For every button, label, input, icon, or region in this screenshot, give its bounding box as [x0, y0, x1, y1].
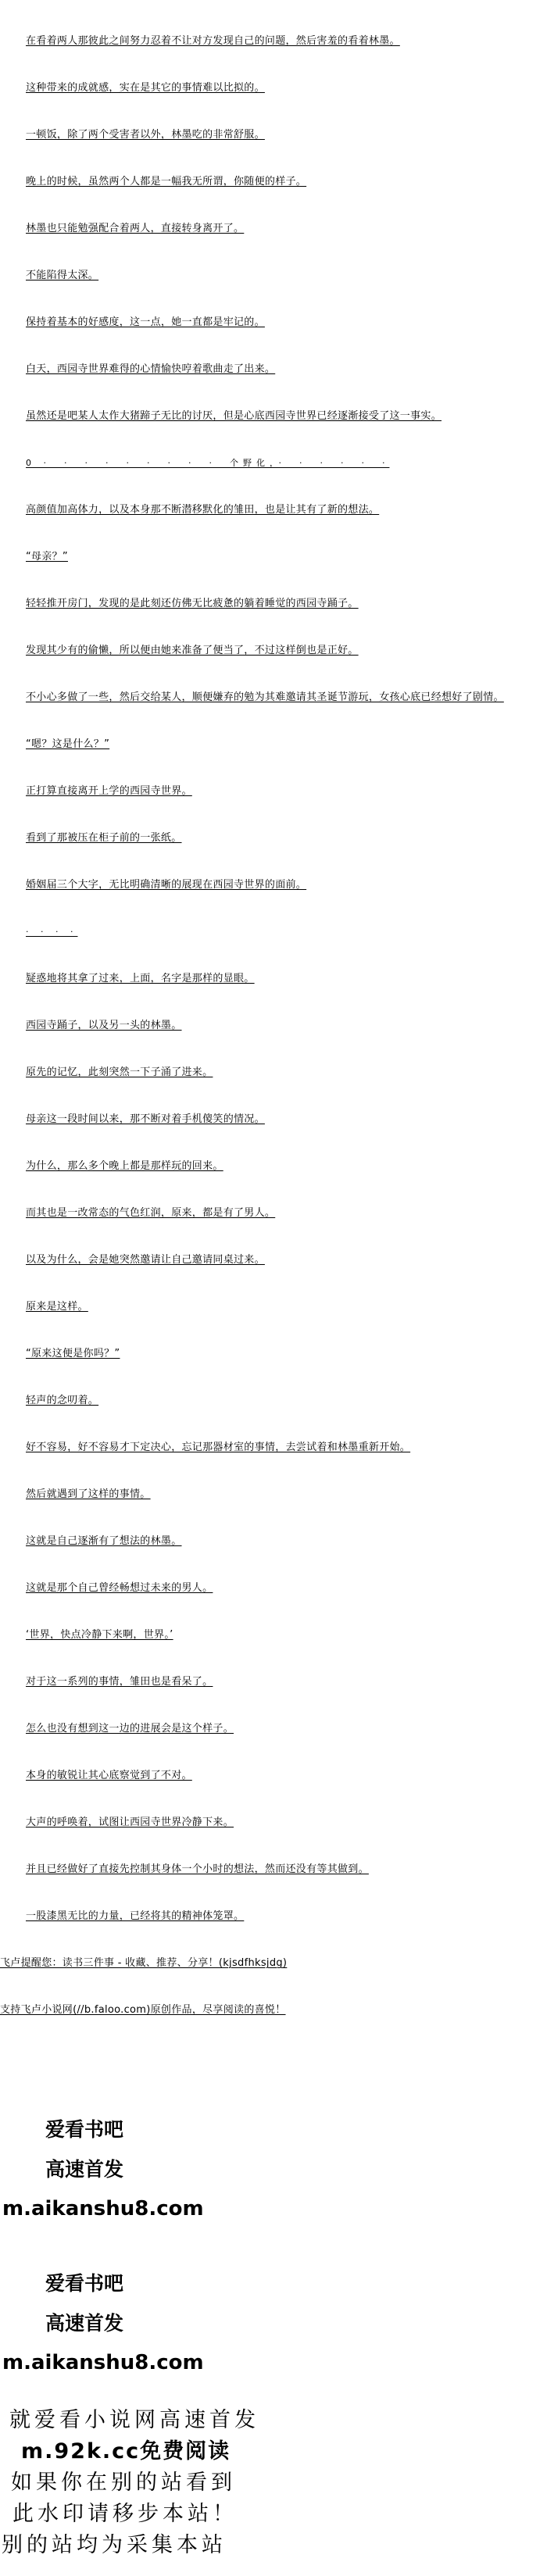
footer-note-support: 支持飞卢小说网(//b.faloo.com)原创作品，尽享阅读的喜悦！: [0, 1999, 547, 2021]
paragraph: 高颜值加高体力，以及本身那不断潜移默化的雏田，也是让其有了新的想法。: [0, 498, 547, 521]
paragraph: 母亲这一段时间以来，那不断对着手机傻笑的情况。: [0, 1108, 547, 1131]
chapter-body: 在看着两人那彼此之间努力忍着不让对方发现自己的问题，然后害羞的看着林墨。 这种带…: [0, 30, 547, 2045]
notice-line: m.92k.cc免费阅读: [0, 2436, 547, 2467]
watermark-tagline: 高速首发: [0, 2149, 547, 2189]
notice-line: 此水印请移步本站！: [0, 2499, 547, 2530]
paragraph: 大声的呼唤着，试图让西园寺世界冷静下来。: [0, 1811, 547, 1834]
watermark-tagline: 高速首发: [0, 2303, 547, 2343]
paragraph: 好不容易，好不容易才下定决心，忘记那器材室的事情，去尝试着和林墨重新开始。: [0, 1436, 547, 1459]
paragraph: 林墨也只能勉强配合着两人，直接转身离开了。: [0, 217, 547, 240]
paragraph: 而其也是一改常态的气色红润，原来，都是有了男人。: [0, 1202, 547, 1224]
paragraph: 白天，西园寺世界难得的心情愉快哼着歌曲走了出来。: [0, 358, 547, 381]
paragraph: “嗯？这是什么？”: [0, 733, 547, 756]
paragraph: 原先的记忆，此刻突然一下子涌了进来。: [0, 1061, 547, 1084]
notice-line: 就爱看小说网高速首发: [0, 2405, 547, 2436]
site-watermark: 爱看书吧 高速首发 m.aikanshu8.com: [0, 2110, 547, 2229]
paragraph: 正打算直接离开上学的西园寺世界。: [0, 780, 547, 802]
notice-line: 如果你在别的站看到: [0, 2467, 547, 2499]
paragraph: 本身的敏锐让其心底察觉到了不对。: [0, 1764, 547, 1787]
paragraph: 婚姻届三个大字，无比明确清晰的展现在西园寺世界的面前。: [0, 874, 547, 896]
watermark-site-name: 爱看书吧: [0, 2110, 547, 2149]
paragraph: 不小心多做了一些，然后交给某人，顺便嫌弃的勉为其难邀请其圣诞节游玩，女孩心底已经…: [0, 686, 547, 709]
paragraph: 一顿饭，除了两个受害者以外，林墨吃的非常舒服。: [0, 123, 547, 146]
paragraph: 一股漆黑无比的力量，已经将其的精神体笼罩。: [0, 1905, 547, 1928]
paragraph: 晚上的时候，虽然两个人都是一幅我无所谓，你随便的样子。: [0, 170, 547, 193]
paragraph: 怎么也没有想到这一边的进展会是这个样子。: [0, 1717, 547, 1740]
paragraph: ‘世界，快点冷静下来啊，世界。’: [0, 1624, 547, 1646]
paragraph: 保持着基本的好感度，这一点，她一直都是牢记的。: [0, 311, 547, 334]
paragraph: 这种带来的成就感，实在是其它的事情难以比拟的。: [0, 77, 547, 99]
paragraph: 发现其少有的偷懒，所以便由她来准备了便当了，不过这样倒也是正好。: [0, 639, 547, 662]
paragraph: 这就是那个自己曾经畅想过未来的男人。: [0, 1577, 547, 1599]
repost-notice: 就爱看小说网高速首发 m.92k.cc免费阅读 如果你在别的站看到 此水印请移步…: [0, 2405, 547, 2561]
notice-line: 别的站均为采集本站: [0, 2530, 547, 2561]
paragraph: 轻轻推开房门，发现的是此刻还仿佛无比疲惫的躺着睡觉的西园寺踊子。: [0, 592, 547, 615]
paragraph: 以及为什么，会是她突然邀请让自己邀请同桌过来。: [0, 1249, 547, 1271]
footer-note-reminder: 飞卢提醒您：读书三件事 - 收藏、推荐、分享！(kjsdfhksjdg): [0, 1952, 547, 1974]
paragraph: “母亲？”: [0, 545, 547, 568]
site-watermark: 爱看书吧 高速首发 m.aikanshu8.com: [0, 2263, 547, 2383]
paragraph: 在看着两人那彼此之间努力忍着不让对方发现自己的问题，然后害羞的看着林墨。: [0, 30, 547, 52]
paragraph: 这就是自己逐渐有了想法的林墨。: [0, 1530, 547, 1552]
garbled-paragraph: · · · ·: [0, 920, 547, 943]
paragraph: 看到了那被压在柜子前的一张纸。: [0, 827, 547, 849]
paragraph: 对于这一系列的事情，雏田也是看呆了。: [0, 1670, 547, 1693]
paragraph: 不能陷得太深。: [0, 264, 547, 287]
paragraph: 为什么，那么多个晚上都是那样玩的回来。: [0, 1155, 547, 1177]
paragraph: 轻声的念叨着。: [0, 1389, 547, 1412]
paragraph: 虽然还是吧某人太作大猪蹄子无比的讨厌，但是心底西园寺世界已经逐渐接受了这一事实。: [0, 405, 547, 427]
paragraph: 疑惑地将其拿了过来，上面，名字是那样的显眼。: [0, 967, 547, 990]
watermark-url: m.aikanshu8.com: [0, 2189, 547, 2229]
watermark-site-name: 爱看书吧: [0, 2263, 547, 2303]
paragraph: “原来这便是你吗？”: [0, 1342, 547, 1365]
paragraph: 并且已经做好了直接先控制其身体一个小时的想法，然而还没有等其做到。: [0, 1858, 547, 1881]
paragraph: 西园寺踊子，以及另一头的林墨。: [0, 1014, 547, 1037]
garbled-paragraph: 0 · · · · · · · · · 个野化，· · · · · ·: [0, 452, 547, 474]
paragraph: 原来是这样。: [0, 1295, 547, 1318]
paragraph: 然后就遇到了这样的事情。: [0, 1483, 547, 1506]
watermark-url: m.aikanshu8.com: [0, 2343, 547, 2383]
